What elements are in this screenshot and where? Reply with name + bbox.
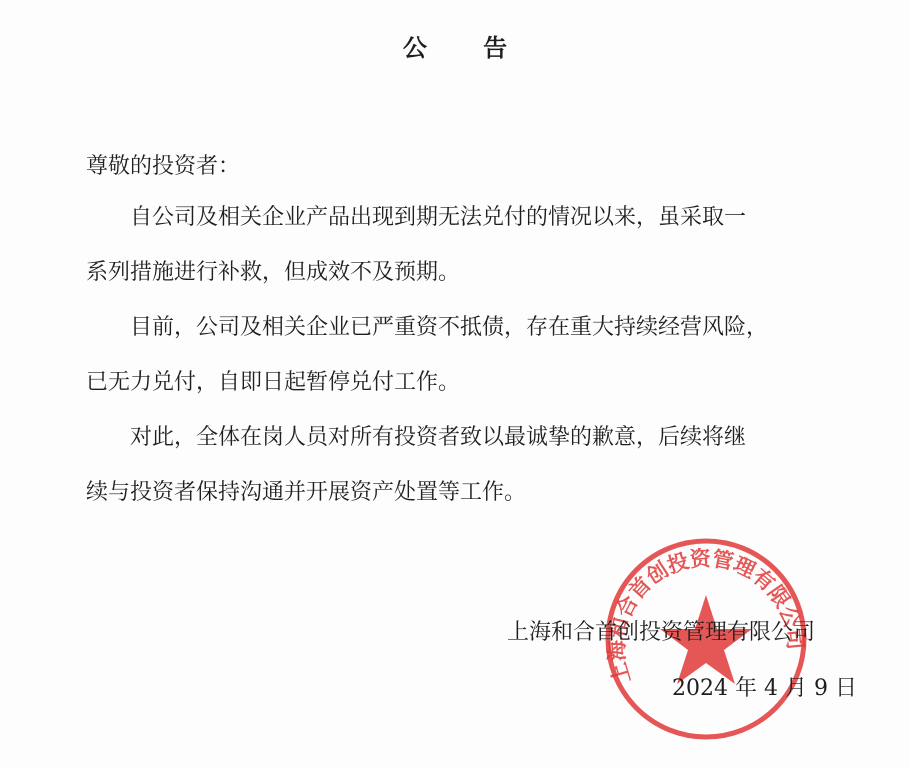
paragraph-1-line-1: 自公司及相关企业产品出现到期无法兑付的情况以来，虽采取一 — [130, 203, 746, 233]
signature-company: 上海和合首创投资管理有限公司 — [507, 618, 815, 648]
paragraph-2-line-2: 已无力兑付，自即日起暂停兑付工作。 — [86, 368, 460, 398]
page-title: 公 告 — [0, 28, 910, 63]
paragraph-3-line-1: 对此，全体在岗人员对所有投资者致以最诚挚的歉意，后续将继 — [130, 423, 746, 453]
salutation: 尊敬的投资者： — [86, 152, 240, 182]
paragraph-2-line-1: 目前，公司及相关企业已严重资不抵债，存在重大持续经营风险， — [130, 313, 768, 343]
paragraph-1-line-2: 系列措施进行补救，但成效不及预期。 — [86, 258, 460, 288]
paragraph-3-line-2: 续与投资者保持沟通并开展资产处置等工作。 — [86, 478, 526, 508]
signature-date: 2024 年 4 月 9 日 — [672, 674, 857, 704]
